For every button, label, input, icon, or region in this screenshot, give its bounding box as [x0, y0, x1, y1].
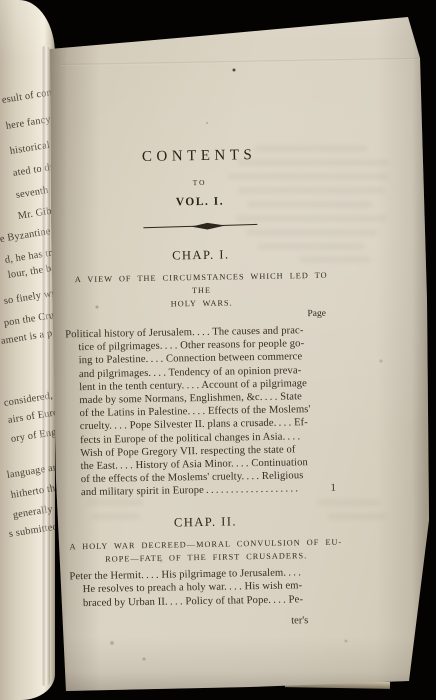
contents-page: CONTENTS TO VOL. I. CHAP. I.A VIEW OF TH…	[0, 0, 436, 700]
chapter-entries: Peter the Hermit. . . . His pilgrimage t…	[69, 565, 344, 611]
chapter-heading: CHAP. II.	[68, 512, 342, 532]
chapter-section: CHAP. I.A VIEW OF THE CIRCUMSTANCES WHIC…	[64, 246, 342, 500]
diamond-rule-ornament	[141, 221, 259, 232]
chapters: CHAP. I.A VIEW OF THE CIRCUMSTANCES WHIC…	[64, 246, 344, 612]
volume-to-label: TO	[63, 176, 337, 190]
contents-text-block: CONTENTS TO VOL. I. CHAP. I.A VIEW OF TH…	[62, 146, 344, 631]
chapter-heading: CHAP. I.	[64, 246, 338, 266]
contents-entry-text: and military spirit in Europe	[81, 484, 204, 499]
catchword: ter's	[70, 615, 344, 631]
book-photo: esult of consihere fancy dhistorical aat…	[0, 0, 436, 700]
volume-label: VOL. I.	[63, 194, 337, 211]
chapter-section: CHAP. II.A HOLY WAR DECREED—MORAL CONVUL…	[68, 512, 344, 611]
chapter-subheading: A HOLY WAR DECREED—MORAL CONVULSION OF E…	[69, 535, 343, 566]
leader-dots: . . . . . . . . . . . . . . . . . . .	[206, 483, 298, 498]
fore-edge-highlight	[41, 46, 50, 686]
chapter-entries: Political history of Jerusalem. . . . Th…	[65, 324, 342, 500]
chapter-subheading: A VIEW OF THE CIRCUMSTANCES WHICH LED TO…	[64, 269, 339, 313]
page-crease	[60, 58, 420, 66]
page-title: CONTENTS	[62, 146, 336, 168]
previous-page-edge: esult of consihere fancy dhistorical aat…	[0, 0, 55, 700]
entry-page-number: 1	[330, 482, 342, 495]
